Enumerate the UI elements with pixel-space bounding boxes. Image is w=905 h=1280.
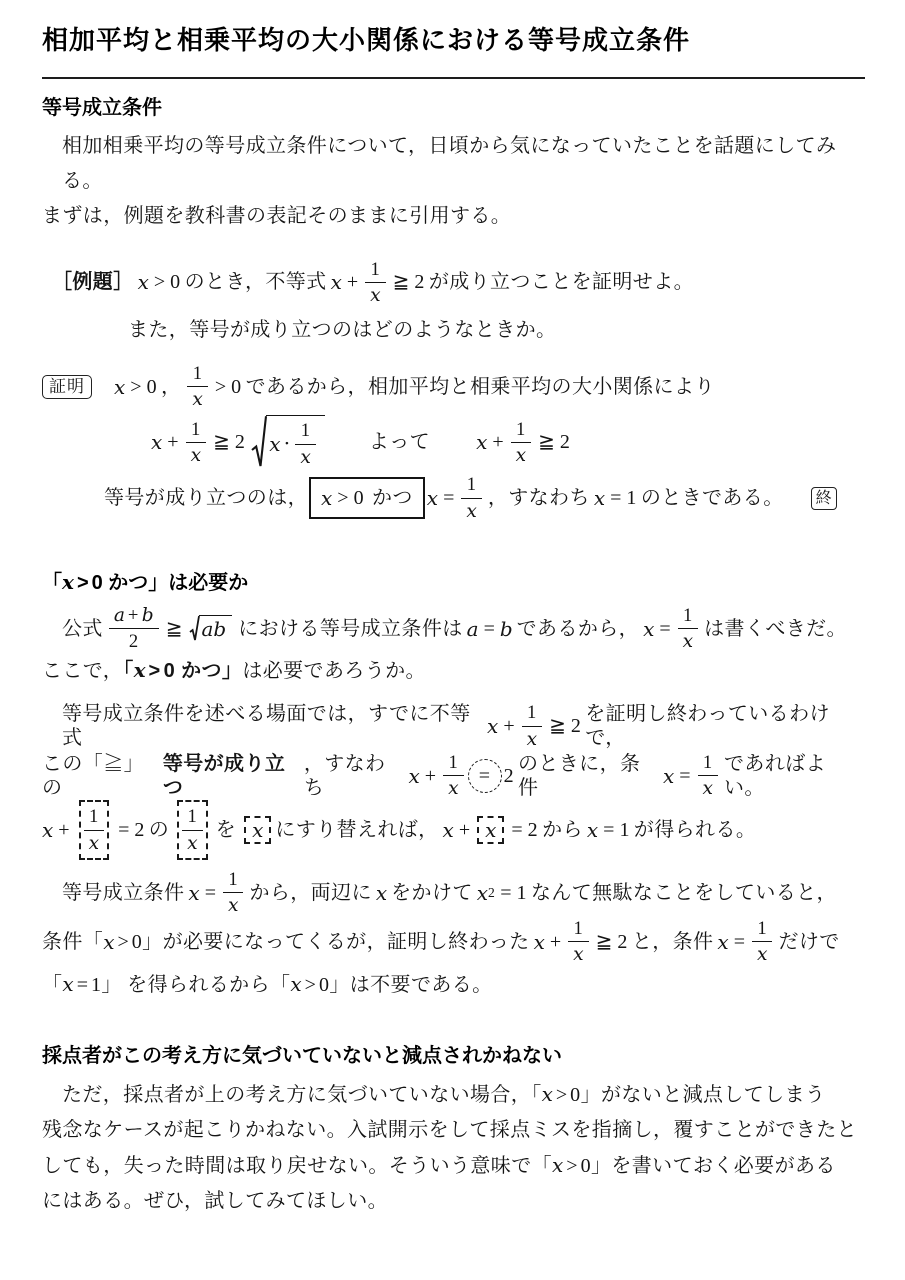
math-num: 1 [626,486,636,510]
paragraph-line: 相加相乗平均の等号成立条件について，日頃から気になっていたことを話題にしてみる。 [42,129,865,199]
math-fraction: 1x [186,418,207,467]
text-run: と，条件 [632,930,714,954]
math-num: 2 [617,930,627,954]
proof-label: 証明 [49,377,85,397]
math-eq: = [734,930,745,954]
fraction-denominator: x [568,942,589,966]
section-heading-3: 採点者がこの考え方に気づいていないと減点されかねない [42,1043,865,1069]
fraction-denominator: x [84,831,105,855]
paragraph-line: 条件「x>0」が必要になってくるが，証明し終わった x+1x≧2 と，条件 x=… [42,917,865,966]
text-run: しても，失った時間は取り戻せない。そういう意味で「 [42,1155,552,1177]
math-var-x: x [409,764,420,788]
math-num: 0 [354,486,364,510]
fraction-numerator: 1 [295,419,316,444]
math-var-x: x [427,486,438,510]
math-gt: > [130,375,141,399]
math-x-plus-1overx-geq: x+1x≧2 [151,418,245,467]
math-num: 2 [528,818,538,842]
fraction-denominator: x [443,776,464,800]
end-of-proof-box: 終 [811,487,837,510]
text-run: この「≧」の [42,752,163,800]
math-gt: > [215,375,226,399]
math-var-x: x [252,818,263,842]
paragraph-line: この「≧」の 等号が成り立つ ，すなわち x+1x=2 のときに，条件 x=1x… [42,751,865,800]
text-run: 「 [123,660,133,682]
text-run: 残念なケースが起こりかねない。入試開示をして採点ミスを指摘し，覆すことができたと [42,1119,857,1141]
math-x-eq-1: x=1 [594,486,637,510]
text-run: 相加相乗平均の等号成立条件について，日頃から気になっていたことを話題にしてみる。 [62,135,836,192]
fraction-numerator: 1 [223,868,244,893]
math-fraction: 1x [511,418,532,467]
paragraph-line: 残念なケースが起こりかねない。入試開示をして採点ミスを指摘し，覆すことができたと [42,1113,865,1148]
text-run: を証明し終わっているわけで， [585,702,865,750]
text-run: かつ」は必要か [103,572,249,594]
circled-equals: = [468,759,502,793]
fraction-numerator: 1 [698,751,719,776]
fraction-denominator: x [187,387,208,411]
text-run: 公式 [62,617,103,641]
math-a-eq-b: a=b [467,617,513,641]
math-var-x: x [114,375,125,399]
math-var-x: x [717,930,728,954]
text-run: の [149,818,169,842]
fraction-denominator: 2 [109,629,159,653]
math-num: 0 [170,270,180,294]
math-gt: > [117,930,128,954]
fraction-denominator: x [365,283,386,307]
paragraph-line: ただ，採点者が上の考え方に気づいていない場合，「x>0」がないと減点してしまう [42,1077,865,1113]
math-var-x: x [663,764,674,788]
math-plus: + [503,714,514,738]
math-var-x: x [643,617,654,641]
math-x-plus-1overx-geq-2: x+1x≧2 [476,418,570,467]
math-fraction: 1x [698,751,719,800]
math-num: 0 [319,974,329,996]
text-run: ，すなわち [488,486,590,510]
example-line: ［例題］ x>0 のとき，不等式 x+1x≧2 が成り立つことを証明せよ。 [42,258,865,307]
math-var-x: x [485,818,496,842]
fraction-denominator: x [511,443,532,467]
math-fraction: 1x [568,917,589,966]
math-eq: = [610,486,621,510]
math-var-x: x [477,881,488,905]
fraction-numerator: 1 [182,805,203,830]
page-title: 相加平均と相乗平均の大小関係における等号成立条件 [42,24,865,57]
text-run: から [542,818,583,842]
math-fraction: 1x [84,805,105,854]
math-1overx-gt-0: 1x>0 [185,362,241,411]
math-num: 0 [92,572,103,594]
fraction-numerator: 1 [84,805,105,830]
math-var-x: x [138,270,149,294]
text-run: ， [161,375,181,399]
math-num: 0 [570,1084,580,1106]
text-run: のときである。 [641,486,784,510]
fraction-numerator: 1 [461,473,482,498]
title-divider [42,77,865,79]
fraction-denominator: x [182,831,203,855]
text-run: のとき，不等式 [185,270,327,294]
math-var-x: x [376,881,387,905]
math-x-plus-1overx-geq-2: x+1x≧2 [534,917,628,966]
math-gt: > [566,1155,577,1177]
text-run: が得られる。 [634,818,756,842]
fraction-numerator: a+b [109,604,159,629]
math-eq: = [500,881,511,905]
text-run: 「 [42,974,62,996]
paragraph-line: 等号成立条件を述べる場面では，すでに不等式 x+1x≧2 を証明し終わっているわ… [42,701,865,750]
text-run: なんて無駄なことをしていると， [531,881,837,905]
math-geq: ≧ [549,714,566,738]
math-eq: = [479,764,491,788]
math-num: 0 [231,375,241,399]
math-num: 0 [164,660,176,682]
radical-icon [251,415,267,469]
text-run: における等号成立条件は [238,617,462,641]
math-plus: + [58,818,69,842]
math-x-gt-0: x>0 [138,270,181,294]
math-gt: > [556,1084,567,1106]
text-run: のときに，条件 [518,752,659,800]
radicand: x⋅1x [266,415,325,468]
fraction-denominator: x [522,727,543,751]
fraction-numerator: 1 [186,418,207,443]
math-var-x: x [331,270,342,294]
math-plus: + [425,764,436,788]
math-fraction: 1x [522,701,543,750]
math-geq: ≧ [213,430,230,454]
math-eq: = [484,617,495,641]
math-var-x: x [552,1153,563,1177]
math-var-x: x [587,818,598,842]
math-x-gt-0: x>0 [114,375,157,399]
proof-line: 証明 x>0 ， 1x>0 であるから，相加平均と相乗平均の大小関係により [42,362,865,411]
text-run: かつ [372,486,413,510]
math-num: 2 [414,270,424,294]
bold-run: 「x>0 かつ」 [123,660,242,682]
text-run: ，すなわち [304,752,405,800]
proof-conclusion-line: 等号が成り立つのは， x>0かつ x=1x ，すなわち x=1 のときである。 … [42,473,865,522]
math-plus: + [167,430,178,454]
math-fraction: 1x [182,805,203,854]
text-run: から，両辺に [249,881,371,905]
text-run: であるから， [517,617,639,641]
dashed-box-fraction: 1x [177,800,208,859]
text-run: は書くべきだ。 [704,617,847,641]
math-x-plus-1overx-geq-2: x+1x≧2 [487,701,581,750]
math-num: 2 [504,764,514,788]
math-var-x: x [594,486,605,510]
math-num: 2 [571,714,581,738]
math-var-x: x [534,930,545,954]
text-run: 等号成立条件 [62,881,184,905]
math-fraction: 1x [443,751,464,800]
math-var-x: x [321,486,332,510]
fraction-numerator: 1 [443,751,464,776]
math-eq: = [659,617,670,641]
fraction-numerator: 1 [568,917,589,942]
math-var-x: x [62,570,74,594]
math-gt: > [77,572,89,594]
math-dot: ⋅ [284,432,291,456]
fraction-numerator: 1 [752,917,773,942]
math-num: 2 [560,430,570,454]
math-eq: = [77,974,88,996]
text-run: 」を書いておく必要がある [591,1155,836,1177]
math-var-x: x [290,972,301,996]
math-num: 2 [235,430,245,454]
math-num: 2 [134,818,144,842]
math-plus: + [550,930,561,954]
math-fraction: 1x [678,604,699,653]
section-heading-2: 「x>0 かつ」は必要か [42,569,865,596]
example-line-2: また，等号が成り立つのはどのようなときか。 [42,313,865,348]
math-x-plus-1overx-geq-2: x+1x≧2 [331,258,425,307]
text-run: まずは，例題を教科書の表記そのままに引用する。 [42,205,511,227]
section-heading-1: 等号成立条件 [42,95,865,121]
math-x-eq-1overx: x=1x [427,473,484,522]
paragraph-line: 等号成立条件 x=1x から，両辺に x をかけて x2=1 なんて無駄なことを… [42,868,865,917]
bold-run: 等号が成り立つ [163,752,304,800]
paragraph-line: ここで，「x>0 かつ」は必要であろうか。 [42,653,865,689]
math-fraction: 1x [295,419,316,468]
math-var-x: x [103,930,114,954]
formula-line: 公式 a+b2≧ab における等号成立条件は a=b であるから， x=1x は… [42,604,865,653]
fraction-denominator: x [698,776,719,800]
text-run: にはある。ぜひ，試してみてほしい。 [42,1190,388,1212]
fraction-denominator: x [461,499,482,523]
proof-label-box: 証明 [42,375,92,399]
math-gt: > [154,270,165,294]
dashed-box-fraction: 1x [79,800,110,859]
math-var-a: a [114,605,125,626]
text-run: 」 を得られるから「 [101,974,290,996]
fraction-denominator: x [752,942,773,966]
fraction-denominator: x [678,629,699,653]
math-geq: ≧ [393,270,410,294]
math-fraction: 1x [365,258,386,307]
math-fraction: 1x [187,362,208,411]
text-run: また，等号が成り立つのはどのようなときか。 [128,319,556,341]
fraction-denominator: x [186,443,207,467]
math-plus: + [347,270,358,294]
radicand: ab [199,615,232,642]
math-num: 0 [147,375,157,399]
fraction-numerator: 1 [678,604,699,629]
math-x-squared-eq-1: x2=1 [477,881,527,905]
math-num: 0 [581,1155,591,1177]
display-equation: x+1x≧2 x⋅1x よって x+1x≧2 [42,415,865,469]
math-x-plus-boxed-x-eq-2: x+x=2 [443,816,539,844]
math-var-b: b [142,605,154,626]
math-var-x: x [269,432,280,456]
math-var-x: x [542,1082,553,1106]
math-num: 0 [132,930,142,954]
math-num: 1 [91,974,101,996]
math-geq: ≧ [538,430,555,454]
math-fraction: 1x [461,473,482,522]
math-fraction: a+b2 [109,604,159,653]
text-run: であるから，相加平均と相乗平均の大小関係により [246,375,715,399]
paragraph-line: しても，失った時間は取り戻せない。そういう意味で「x>0」を書いておく必要がある [42,1148,865,1184]
math-var-a: a [201,617,213,641]
dashed-box-x: x [244,816,271,844]
paragraph-line: にはある。ぜひ，試してみてほしい。 [42,1184,865,1219]
fraction-numerator: 1 [511,418,532,443]
paragraph-line: 「x=1」 を得られるから「x>0」は不要である。 [42,967,865,1003]
math-gt: > [149,660,161,682]
text-run: よって [369,430,430,454]
text-run: ただ，採点者が上の考え方に気づいていない場合，「 [62,1084,542,1106]
dashed-box-x: x [477,816,504,844]
document-page: 相加平均と相乗平均の大小関係における等号成立条件 等号成立条件 相加相乗平均の等… [0,0,905,1219]
math-plus: + [492,430,503,454]
boxed-condition: x>0かつ [309,477,425,519]
paragraph-line: まずは，例題を教科書の表記そのままに引用する。 [42,199,865,234]
math-fraction: 1x [223,868,244,917]
math-eq: = [205,881,216,905]
math-x-eq-1: x=1 [587,818,630,842]
math-x-plus-1overx-circled-eq-2: x+1x=2 [409,751,514,800]
fraction-numerator: 1 [187,362,208,387]
math-amgm-formula: a+b2≧ab [107,604,234,653]
math-var-x: x [134,658,146,682]
text-run: かつ」 [175,660,242,682]
math-geq: ≧ [596,930,613,954]
math-var-b: b [500,617,513,641]
math-eq: = [679,764,690,788]
math-var-x: x [188,881,199,905]
math-var-x: x [443,818,454,842]
math-eq: = [511,818,522,842]
fraction-numerator: 1 [365,258,386,283]
text-run: だけで [778,930,839,954]
text-run: ここで， [42,660,123,682]
text-run: 」は不要である。 [329,974,492,996]
math-var-x: x [476,430,487,454]
math-num: 1 [619,818,629,842]
fraction-numerator: 1 [522,701,543,726]
math-gt: > [337,486,348,510]
text-run: 」が必要になってくるが，証明し終わった [142,930,529,954]
math-geq: ≧ [166,617,183,641]
math-gt: > [305,974,316,996]
math-plus: + [128,605,139,626]
end-of-proof-label: 終 [816,489,832,508]
text-run: 」がないと減点してしまう [581,1084,826,1106]
text-run: 等号成立条件を述べる場面では，すでに不等式 [62,702,483,750]
sqrt-expression: x⋅1x [251,415,325,469]
fraction-denominator: x [223,893,244,917]
math-var-x: x [42,818,53,842]
math-x-eq-1overx: x=1x [717,917,774,966]
math-fraction: 1x [752,917,773,966]
math-var-a: a [467,617,479,641]
text-run: を [216,818,236,842]
math-var-x: x [151,430,162,454]
math-var-x: x [62,972,73,996]
example-label: ［例題］ [52,270,134,294]
math-plus: + [459,818,470,842]
math-num: 1 [517,881,527,905]
text-run: が成り立つことを証明せよ。 [429,270,694,294]
sqrt-expression: ab [189,615,232,642]
text-run: であればよい。 [724,752,865,800]
text-run: は必要であろうか。 [242,660,426,682]
math-var-x: x [487,714,498,738]
substitution-line: x+1x=2 の 1x を x にすり替えれば， x+x=2 から x=1 が得… [42,800,865,859]
fraction-denominator: x [295,445,316,469]
text-run: にすり替えれば， [275,818,438,842]
text-run: 等号が成り立つのは， [104,486,308,510]
text-run: 「 [42,572,62,594]
text-run: をかけて [391,881,473,905]
math-x-eq-1overx: x=1x [188,868,245,917]
math-eq: = [443,486,454,510]
math-var-b: b [213,617,226,641]
math-eq: = [603,818,614,842]
math-x-eq-1overx: x=1x [663,751,720,800]
math-eq: = [118,818,129,842]
math-x-eq-1overx: x=1x [643,604,700,653]
text-run: 条件「 [42,930,103,954]
